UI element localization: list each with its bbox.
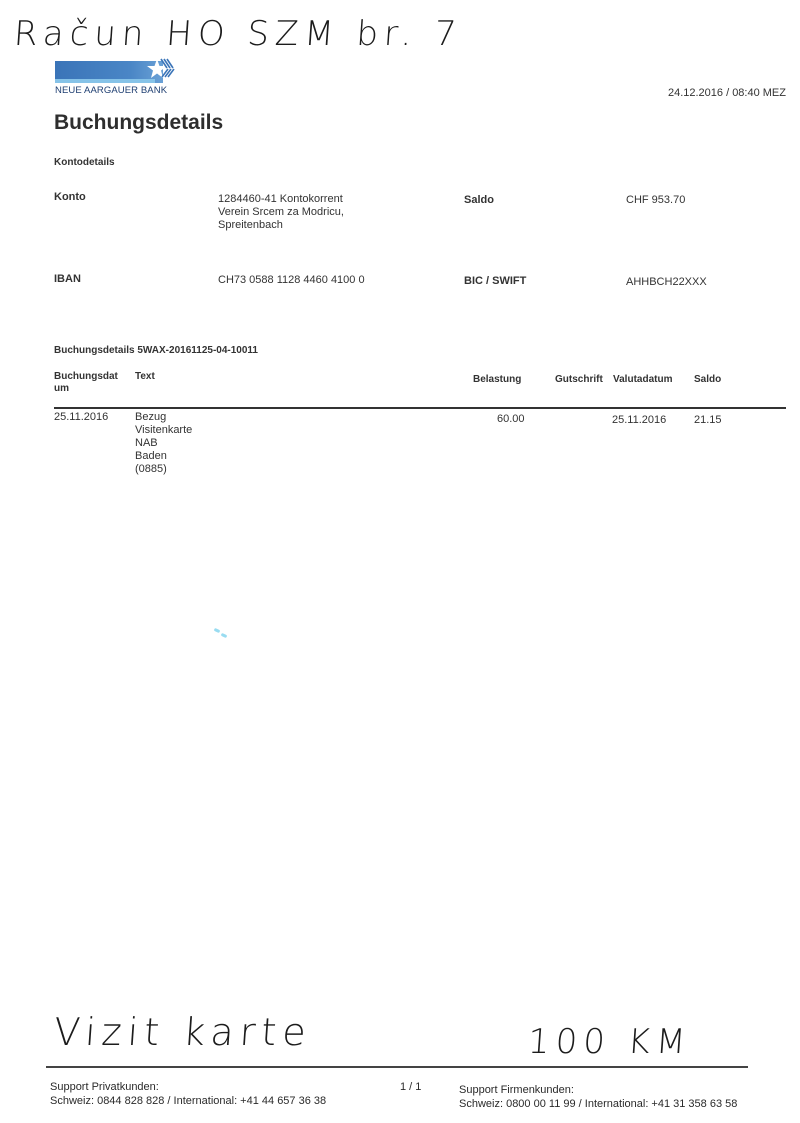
col-header-value-date: Valutadatum — [613, 374, 672, 385]
bic-label: BIC / SWIFT — [464, 275, 526, 287]
col-header-date-line: Buchungsdat — [54, 371, 118, 383]
scan-mark — [221, 633, 228, 638]
row-text: Bezug Visitenkarte NAB Baden (0885) — [135, 411, 192, 476]
page-title: Buchungsdetails — [54, 111, 223, 135]
row-value-date: 25.11.2016 — [612, 414, 666, 427]
col-header-debit: Belastung — [473, 374, 521, 385]
saldo-label: Saldo — [464, 194, 494, 206]
saldo-value: CHF 953.70 — [626, 194, 685, 207]
section-title-booking: Buchungsdetails 5WAX-20161125-04-10011 — [54, 345, 258, 356]
handwritten-amount: 100 KM — [527, 1022, 693, 1062]
iban-label: IBAN — [54, 273, 81, 285]
konto-line: 1284460-41 Kontokorrent — [218, 193, 344, 206]
business-support-title: Support Firmenkunden: — [459, 1083, 737, 1097]
scan-mark — [214, 628, 221, 633]
iban-value: CH73 0588 1128 4460 4100 0 — [218, 274, 365, 287]
bic-value: AHHBCH22XXX — [626, 276, 707, 289]
row-date: 25.11.2016 — [54, 411, 108, 424]
konto-value: 1284460-41 Kontokorrent Verein Srcem za … — [218, 193, 344, 232]
private-support-phones: Schweiz: 0844 828 828 / International: +… — [50, 1094, 326, 1108]
bank-name: NEUE AARGAUER BANK — [55, 85, 167, 96]
col-header-balance: Saldo — [694, 374, 721, 385]
konto-line: Verein Srcem za Modricu, — [218, 206, 344, 219]
col-header-date-line: um — [54, 383, 118, 395]
footer-divider — [46, 1066, 748, 1068]
konto-line: Spreitenbach — [218, 219, 344, 232]
row-debit: 60.00 — [497, 413, 525, 426]
row-balance: 21.15 — [694, 414, 722, 427]
konto-label: Konto — [54, 191, 86, 203]
col-header-text: Text — [135, 371, 155, 382]
row-text-line: Bezug — [135, 411, 192, 424]
print-timestamp: 24.12.2016 / 08:40 MEZ — [668, 87, 786, 99]
footer-business-support: Support Firmenkunden: Schweiz: 0800 00 1… — [459, 1083, 737, 1111]
table-header-divider — [54, 407, 786, 409]
section-title-kontodetails: Kontodetails — [54, 157, 115, 168]
footer-private-support: Support Privatkunden: Schweiz: 0844 828 … — [50, 1080, 326, 1108]
col-header-credit: Gutschrift — [555, 374, 603, 385]
bank-logo: NEUE AARGAUER BANK — [55, 61, 175, 97]
page-number: 1 / 1 — [400, 1080, 421, 1094]
col-header-date: Buchungsdat um — [54, 371, 118, 395]
private-support-title: Support Privatkunden: — [50, 1080, 326, 1094]
handwritten-item: Vizit karte — [52, 1010, 313, 1054]
logo-stripe — [55, 79, 155, 83]
star-logo-icon — [145, 55, 175, 85]
business-support-phones: Schweiz: 0800 00 11 99 / International: … — [459, 1097, 737, 1111]
row-text-line: Visitenkarte NAB Baden (0885) — [135, 424, 192, 476]
handwritten-title: Račun HO SZM br. 7 — [13, 14, 464, 54]
